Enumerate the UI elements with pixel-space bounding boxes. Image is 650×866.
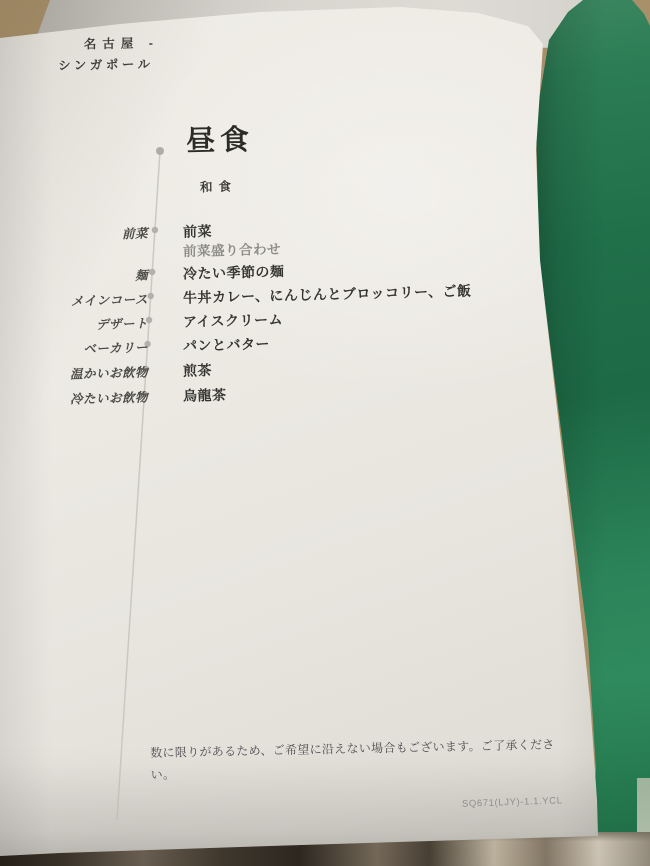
menu-row-value: 煎茶 [183, 360, 212, 381]
menu-row-value: パンとバター [183, 334, 270, 356]
availability-note: 数に限りがあるため、ご希望に沿えない場合もございます。ご了承ください。 [150, 733, 561, 786]
menu-row-label: メインコース [48, 290, 148, 310]
menu-row-label: ベーカリー [48, 338, 148, 358]
route-header: 名古屋 - シンガポール [58, 33, 160, 77]
menu-row-value: 冷たい季節の麺 [183, 261, 285, 283]
menu-subtitle: 和食 [200, 177, 237, 196]
route-destination: シンガポール [58, 54, 159, 77]
menu-row-label: 温かいお飲物 [48, 363, 148, 383]
menu-row-label: デザート [48, 314, 148, 334]
menu-row-label: 麺 [48, 266, 148, 286]
menu-row-value: 烏龍茶 [183, 385, 227, 406]
appetizer-sub-item: 前菜盛り合わせ [183, 238, 281, 260]
menu-title: 昼食 [185, 117, 254, 160]
menu-row-value: アイスクリーム [183, 309, 284, 331]
menu-row-label: 前菜 [48, 224, 148, 244]
photo-of-menu-card: 名古屋 - シンガポール 昼食 和食 前菜 前菜 前菜盛り合わせ 麺 冷たい季節… [0, 0, 650, 866]
route-origin: 名古屋 - [58, 33, 159, 56]
menu-row-label: 冷たいお飲物 [48, 388, 148, 408]
